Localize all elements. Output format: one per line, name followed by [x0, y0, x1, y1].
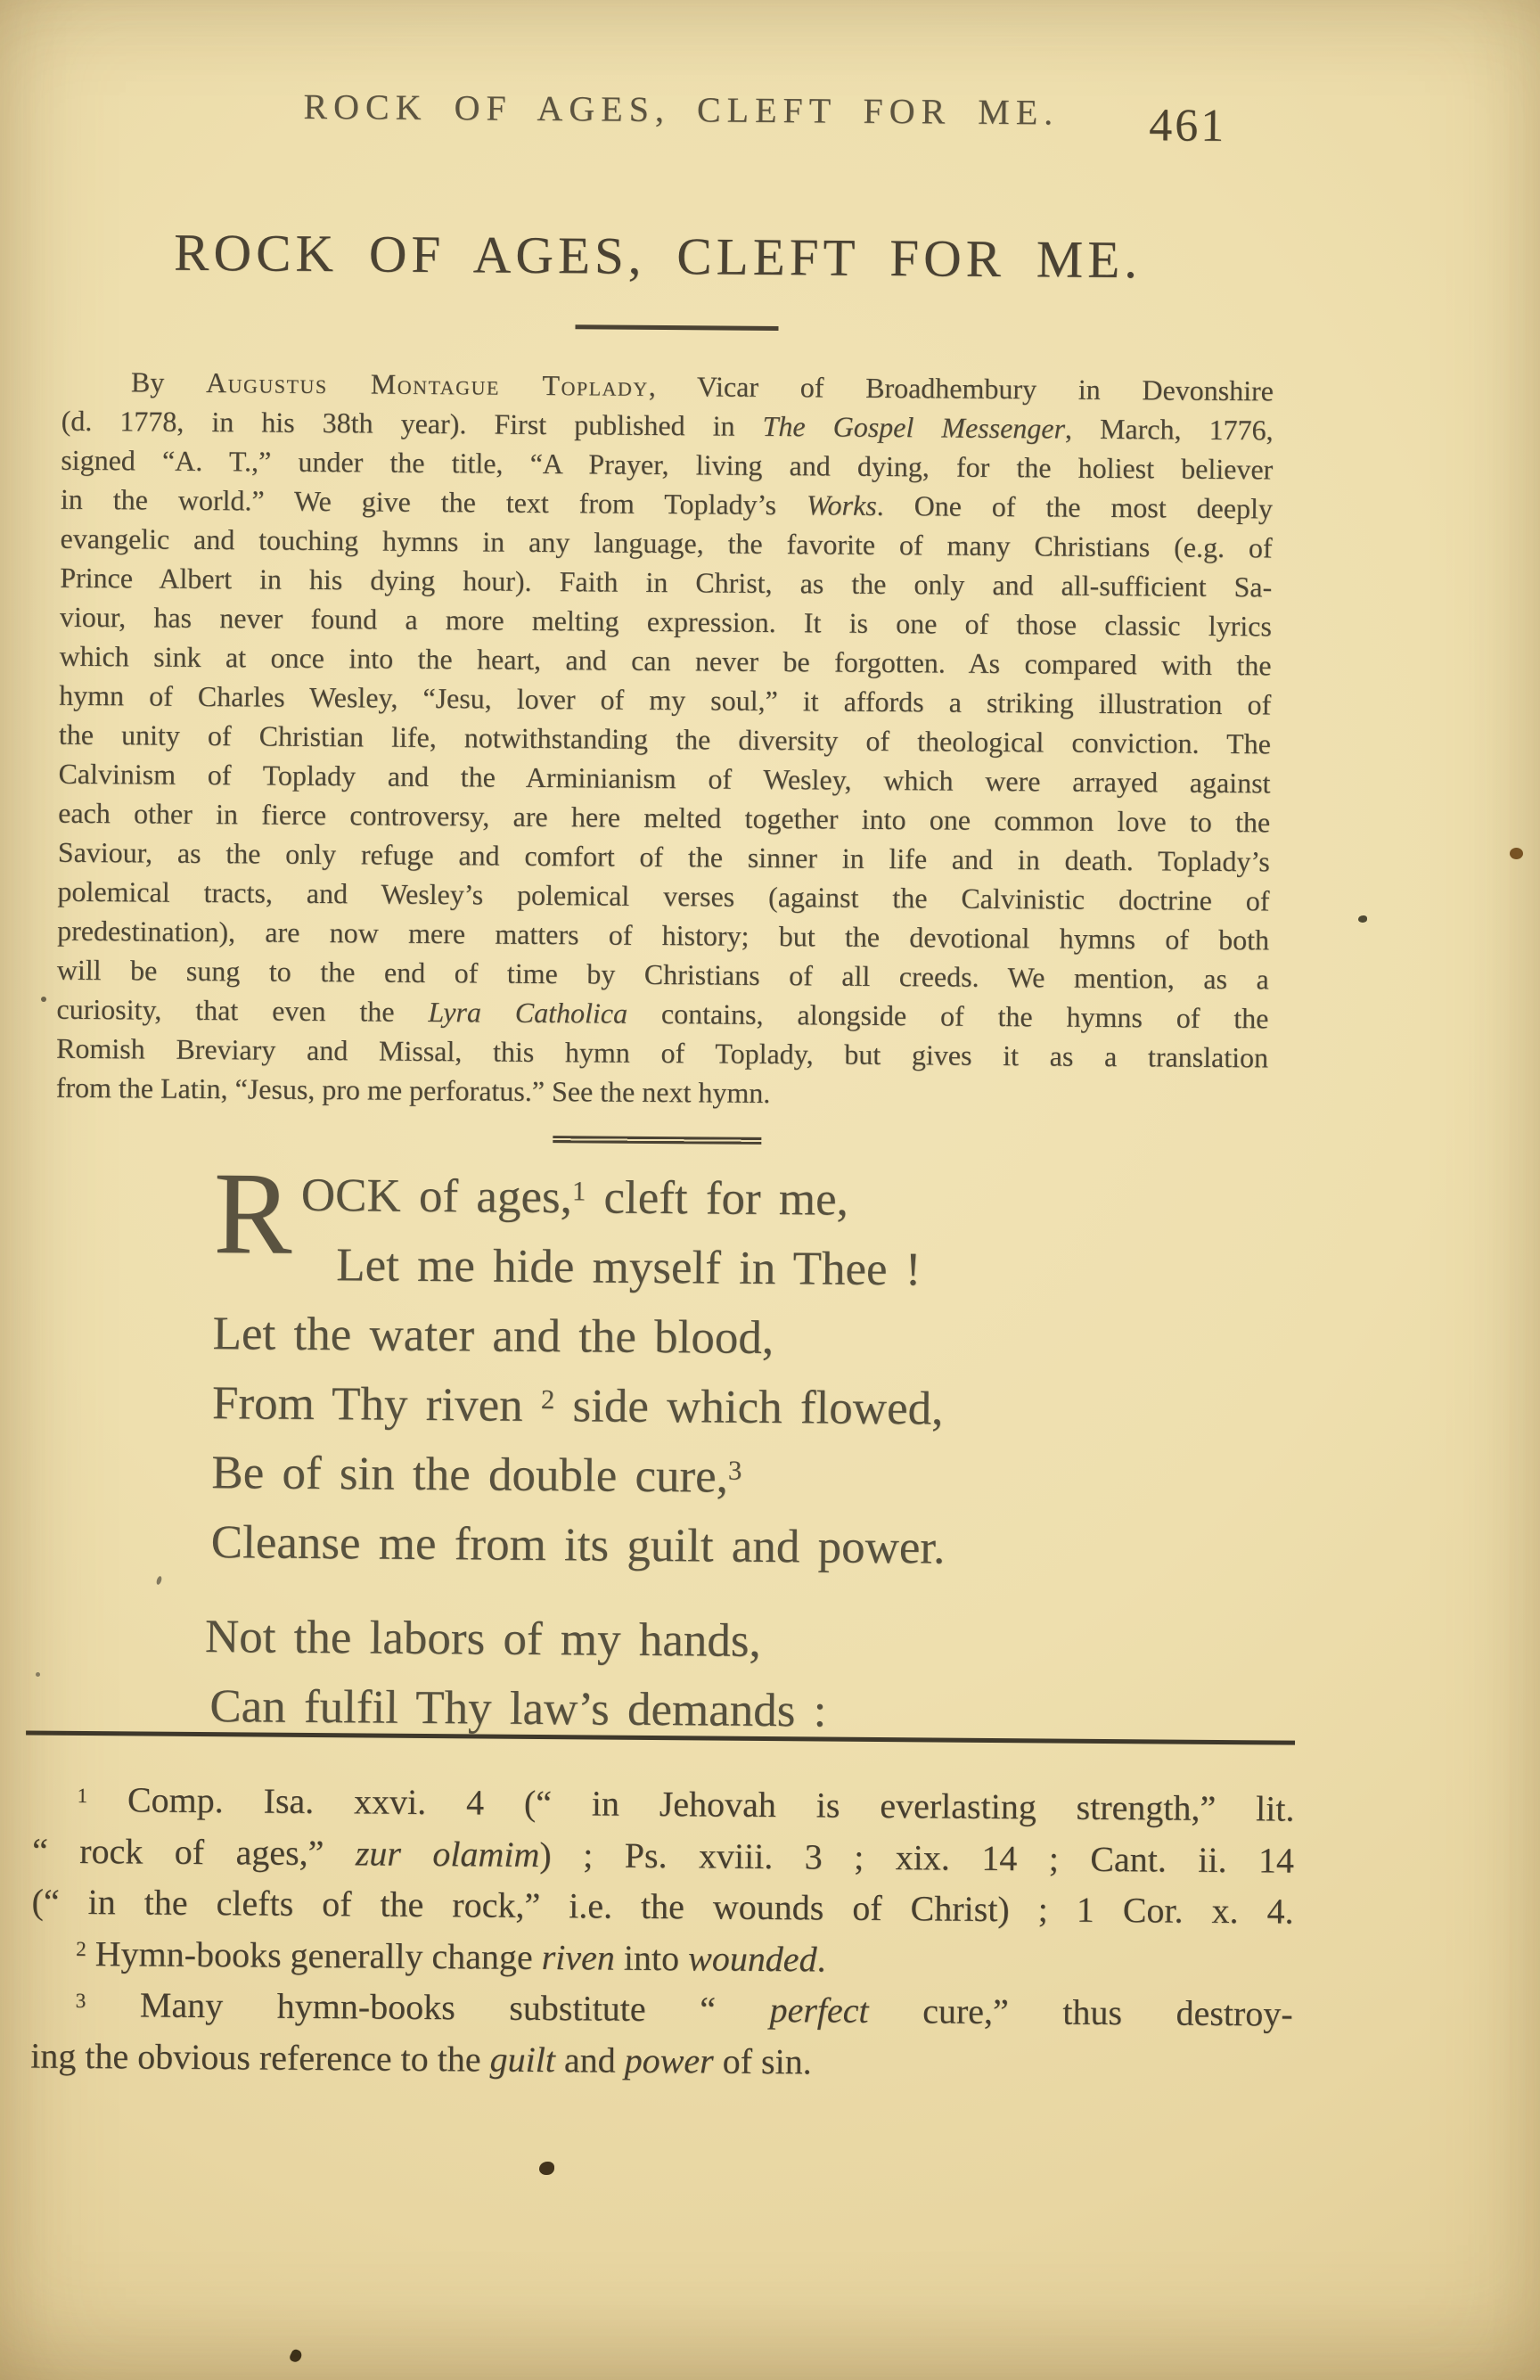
intro-paragraph: By Augustus Montague Toplady, Vicar of B…	[56, 362, 1274, 1117]
footnotes: 1 Comp. Isa. xxvi. 4 (“ in Jehovah is ev…	[30, 1774, 1295, 2091]
running-head: ROCK OF AGES, CLEFT FOR ME.	[303, 86, 1059, 134]
stanza-2: Not the labors of my hands,Can fulfil Th…	[209, 1602, 1351, 1750]
page-title: ROCK OF AGES, CLEFT FOR ME.	[5, 220, 1310, 291]
text-line: 1 Comp. Isa. xxvi. 4 (“ in Jehovah is ev…	[32, 1774, 1294, 1835]
text-line: Let the water and the blood,	[212, 1299, 1354, 1377]
text-line: From Thy riven 2 side which flowed,	[212, 1368, 1354, 1447]
text-line: Cleanse me from its guilt and power.	[210, 1507, 1352, 1586]
section-divider	[553, 1136, 761, 1145]
text-line: Let me hide myself in Thee !	[213, 1229, 1355, 1308]
book-page: ROCK OF AGES, CLEFT FOR ME. 461 ROCK OF …	[0, 0, 1540, 2380]
text-line: (“ in the clefts of the rock,” i.e. the …	[31, 1876, 1293, 1938]
text-line: Not the labors of my hands,	[210, 1602, 1352, 1680]
hymn-verse: R OCK of ages,1 cleft for me,Let me hide…	[209, 1160, 1355, 1750]
page-content: ROCK OF AGES, CLEFT FOR ME. 461 ROCK OF …	[0, 0, 1540, 2380]
title-divider	[575, 324, 778, 331]
text-line: 3 Many hymn-books substitute “ perfect c…	[30, 1979, 1292, 2040]
drop-cap: R	[213, 1165, 292, 1300]
text-line: OCK of ages,1 cleft for me,	[214, 1160, 1356, 1238]
text-line: Be of sin the double cure,3	[211, 1438, 1353, 1516]
page-number: 461	[1149, 99, 1226, 152]
stanza-1: R OCK of ages,1 cleft for me,Let me hide…	[210, 1160, 1355, 1586]
text-line: ing the obvious reference to the guilt a…	[30, 2030, 1292, 2091]
